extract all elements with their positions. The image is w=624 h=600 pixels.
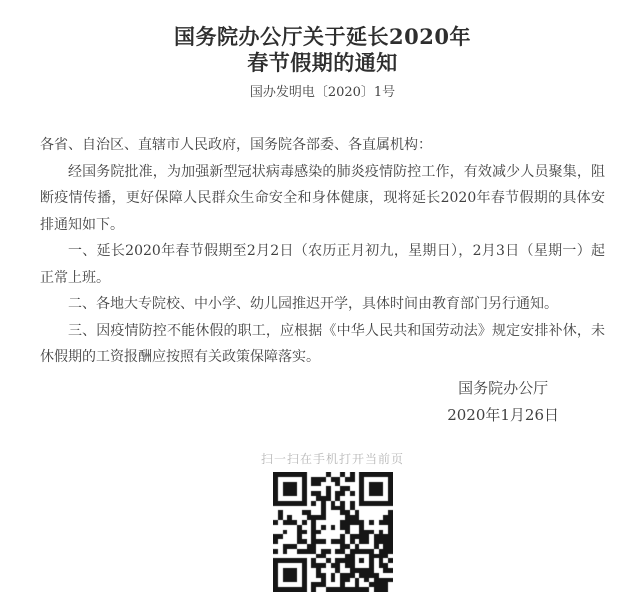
qr-caption: 扫一扫在手机打开当前页: [50, 451, 615, 467]
qr-code: [273, 472, 393, 592]
qr-section: 扫一扫在手机打开当前页: [50, 451, 615, 596]
title-line-2: 春节假期的通知: [40, 50, 605, 76]
body-item-2: 二、各地大专院校、中小学、幼儿园推迟开学，具体时间由教育部门另行通知。: [40, 291, 605, 318]
body-paragraph: 经国务院批准，为加强新型冠状病毒感染的肺炎疫情防控工作，有效减少人员聚集，阻断疫…: [40, 159, 605, 239]
document-body: 各省、自治区、直辖市人民政府，国务院各部委、各直属机构： 经国务院批准，为加强新…: [40, 132, 605, 371]
title-line-1: 国务院办公厅关于延长2020年: [40, 24, 605, 50]
signature-block: 国务院办公厅 2020年1月26日: [447, 375, 559, 429]
body-item-3: 三、因疫情防控不能休假的职工，应根据《中华人民共和国劳动法》规定安排补休，未休假…: [40, 318, 605, 371]
signature-org: 国务院办公厅: [447, 375, 559, 402]
salutation-line: 各省、自治区、直辖市人民政府，国务院各部委、各直属机构：: [40, 132, 605, 159]
body-item-1: 一、延长2020年春节假期至2月2日（农历正月初九，星期日），2月3日（星期一）…: [40, 238, 605, 291]
document-page: 国务院办公厅关于延长2020年 春节假期的通知 国办发明电〔2020〕1号 各省…: [0, 0, 624, 600]
document-number: 国办发明电〔2020〕1号: [40, 84, 605, 102]
page-title: 国务院办公厅关于延长2020年 春节假期的通知: [40, 24, 605, 76]
signature-date: 2020年1月26日: [447, 402, 559, 429]
